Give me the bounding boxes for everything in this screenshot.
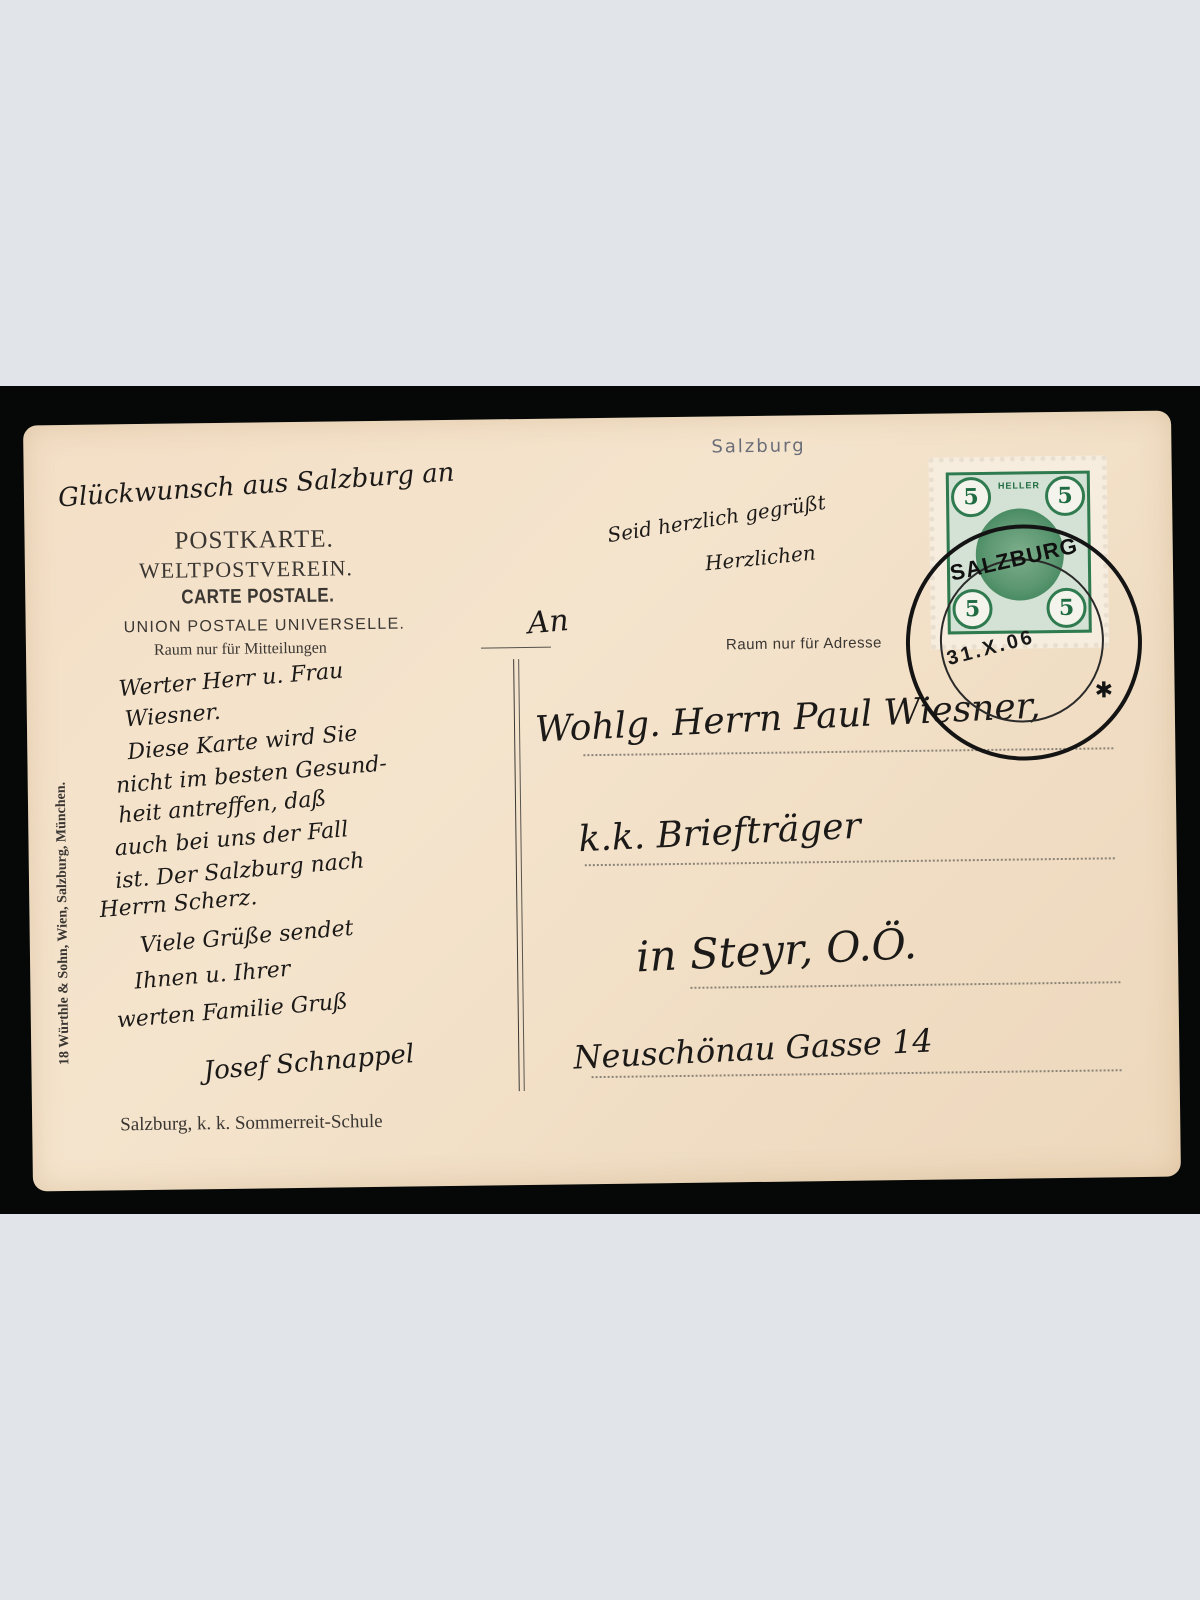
pencil-note: Salzburg bbox=[711, 435, 806, 457]
publisher-imprint: 18 Würthle & Sohn, Wien, Salzburg, Münch… bbox=[54, 782, 74, 1065]
postmark-cancel: SALZBURG 31.X.06 ✱ bbox=[904, 523, 1143, 762]
postmark-star-icon: ✱ bbox=[1094, 677, 1113, 703]
address-an: An bbox=[526, 603, 570, 641]
handwritten-greeting: Seid herzlich gegrüßt bbox=[606, 490, 828, 547]
address-dotted-line bbox=[585, 857, 1115, 866]
postcard-french-title: CARTE POSTALE. bbox=[181, 584, 334, 609]
message-line: Werter Herr u. Frau bbox=[118, 659, 344, 703]
handwritten-top-line: Glückwunsch aus Salzburg an bbox=[57, 458, 455, 514]
postcard-subtitle: WELTPOSTVEREIN. bbox=[139, 555, 353, 584]
message-area-label: Raum nur für Mitteilungen bbox=[154, 640, 327, 660]
signature: Josef Schnappel bbox=[203, 1039, 416, 1086]
stamp-unit: HELLER bbox=[989, 480, 1049, 491]
address-line: in Steyr, O.Ö. bbox=[635, 919, 918, 981]
postcard-union-line: UNION POSTALE UNIVERSELLE. bbox=[124, 616, 406, 638]
center-divider-second bbox=[518, 659, 525, 1091]
address-line: Neuschönau Gasse 14 bbox=[573, 1021, 934, 1076]
postcard: Glückwunsch aus Salzburg an Seid herzlic… bbox=[23, 411, 1181, 1192]
message-line: Ihnen u. Ihrer bbox=[133, 957, 291, 995]
message-line: werten Familie Gruß bbox=[116, 989, 348, 1033]
postcard-title: POSTKARTE. bbox=[174, 525, 334, 555]
message-line: Wiesner. bbox=[124, 700, 222, 733]
address-area-label: Raum nur für Adresse bbox=[726, 634, 882, 653]
address-dotted-line bbox=[690, 981, 1120, 989]
stamp-value: 5 bbox=[1045, 476, 1086, 517]
stamp-value: 5 bbox=[951, 477, 992, 518]
divider-top-line bbox=[481, 647, 551, 649]
message-line: Viele Grüße sendet bbox=[139, 916, 354, 959]
address-line: k.k. Briefträger bbox=[578, 806, 862, 861]
footer-imprint: Salzburg, k. k. Sommerreit-Schule bbox=[120, 1111, 383, 1136]
handwritten-greeting-2: Herzlichen bbox=[704, 540, 817, 575]
